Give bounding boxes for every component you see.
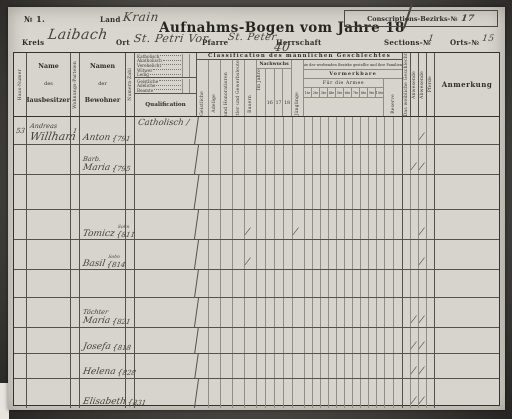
cell-inhabitant: BasilSohn814 (80, 240, 126, 269)
cell-class (209, 379, 221, 408)
cell-nachwuchs-age (284, 270, 293, 297)
table-row: Elisabeth831// (14, 379, 499, 408)
cell-parties (71, 175, 80, 209)
cell-reserve (385, 240, 394, 269)
cell-nachwuchs-age (275, 379, 284, 408)
cell-horses (427, 210, 435, 239)
table-header: Haus-Numer Name des Hausbesitzers Wohnun… (14, 53, 499, 117)
cell-nachwuchs-age (275, 210, 284, 239)
cell-class (233, 210, 245, 239)
class-col-farmers: Bauern (245, 60, 257, 116)
cell-army-age (377, 270, 385, 297)
cell-youths (293, 145, 305, 174)
inhabitant-name: Helena828 (82, 367, 124, 377)
cell-nachwuchs-age (266, 117, 275, 144)
cell-reserve (385, 298, 394, 327)
cell-horses (427, 117, 435, 144)
cell-female (403, 117, 411, 144)
cell-nachwuchs-age (284, 145, 293, 174)
inhabitant-group-label: Töchter (82, 308, 123, 316)
cell-nachwuchs-side (257, 328, 266, 353)
cell-religion (133, 328, 199, 353)
cell-class (209, 298, 221, 327)
cell-army-age (321, 328, 329, 353)
tally-tick: / (419, 227, 425, 237)
cell-inhabitant: Anton791 (80, 117, 126, 144)
cell-army-age (313, 240, 321, 269)
house-number-value: 53 (15, 127, 25, 135)
cell-army-age (361, 210, 369, 239)
cell-army-age (361, 328, 369, 353)
cell-youths (293, 240, 305, 269)
religion-value: Catholisch / (133, 117, 199, 144)
cell-army-age (305, 240, 313, 269)
cell-class (221, 210, 233, 239)
cell-class (209, 175, 221, 209)
tally-tick: / (293, 227, 299, 237)
cell-nachwuchs-age (275, 175, 284, 209)
cell-army-age (353, 354, 361, 378)
cell-absent: / (419, 117, 427, 144)
cell-army-age (353, 175, 361, 209)
class-col-nobility: Adelige (209, 60, 221, 116)
cell-inhabitant: TöchterMaria821 (80, 298, 126, 327)
cell-army-age (337, 240, 345, 269)
cell-nachwuchs-side (257, 379, 266, 408)
cell-class (197, 210, 209, 239)
cell-army-age (329, 270, 337, 297)
cell-reserve (394, 117, 403, 144)
cell-owner (27, 175, 71, 209)
cell-reserve (385, 117, 394, 144)
army-age-cols: 1te2te3te4te5te6te7te8te9te10te (304, 88, 383, 98)
table-row: 53AndreasWillham1Anton791Catholisch // (14, 117, 499, 145)
tally-tick: / (419, 162, 425, 172)
cell-horses (427, 270, 435, 297)
cell-female (403, 145, 411, 174)
tally-tick: / (411, 162, 417, 172)
cell-class (221, 175, 233, 209)
cell-army-age (377, 379, 385, 408)
cell-army-age (313, 117, 321, 144)
cell-army-age (313, 145, 321, 174)
cell-army-age (329, 240, 337, 269)
cell-army-age (313, 379, 321, 408)
cell-house-number (14, 379, 27, 408)
cell-present: / (411, 145, 419, 174)
cell-nachwuchs-age (284, 175, 293, 209)
cell-class (209, 117, 221, 144)
cell-army-age (329, 175, 337, 209)
cell-class (233, 145, 245, 174)
cell-nachwuchs-side (257, 240, 266, 269)
cell-inhabitant: Josefa818 (80, 328, 126, 353)
cell-army-age (369, 210, 377, 239)
cell-class (233, 270, 245, 297)
cell-army-age (313, 354, 321, 378)
cell-army-age (313, 298, 321, 327)
tally-tick: / (411, 315, 417, 325)
cell-army-age (361, 145, 369, 174)
cell-class (209, 354, 221, 378)
cell-nachwuchs-side (257, 298, 266, 327)
cell-female (403, 240, 411, 269)
cell-nachwuchs-side (257, 210, 266, 239)
cell-class (221, 328, 233, 353)
tally-tick: / (419, 132, 425, 142)
cell-horses (427, 328, 435, 353)
cell-army-age (353, 270, 361, 297)
tally-tick: / (419, 315, 425, 325)
cell-army-age (329, 328, 337, 353)
cell-class (233, 298, 245, 327)
cell-house-number (14, 298, 27, 327)
cell-nachwuchs-side (257, 117, 266, 144)
cell-army-age (305, 298, 313, 327)
cell-army-age (353, 145, 361, 174)
cell-horses (427, 240, 435, 269)
cell-parties (71, 270, 80, 297)
reserve-col: Für die Reserve (384, 79, 402, 116)
cell-nachwuchs-side (257, 145, 266, 174)
cell-army-age (329, 298, 337, 327)
col-present-header: Anwesende (411, 53, 419, 116)
cell-army-age (329, 210, 337, 239)
land-value: Krain (122, 10, 160, 24)
cell-class (245, 145, 257, 174)
cell-remark (435, 270, 499, 297)
inhabitant-name: Maria795 (82, 163, 124, 173)
cell-reserve (394, 210, 403, 239)
tally-tick: / (419, 257, 425, 267)
cell-absent (419, 175, 427, 209)
cell-nachwuchs-age (284, 379, 293, 408)
cell-remark (435, 117, 499, 144)
cell-reserve (385, 328, 394, 353)
cell-absent: / (419, 354, 427, 378)
cell-class (221, 270, 233, 297)
cell-reserve (394, 379, 403, 408)
cell-class (197, 354, 209, 378)
cell-class: / (245, 240, 257, 269)
cell-religion (133, 298, 199, 327)
cell-class (233, 175, 245, 209)
orts-value: 15 (481, 34, 495, 44)
cell-absent: / (419, 328, 427, 353)
cell-army-age (337, 145, 345, 174)
cell-army-age (305, 270, 313, 297)
cell-nachwuchs-age (266, 354, 275, 378)
pfarre-label: Pfarre (202, 38, 228, 47)
cell-army-age (313, 210, 321, 239)
cell-reserve (394, 145, 403, 174)
cell-army-age (321, 270, 329, 297)
cell-present (411, 270, 419, 297)
cell-nachwuchs-age (275, 145, 284, 174)
cell-army-age (377, 328, 385, 353)
cell-reserve (385, 354, 394, 378)
cell-army-age (361, 117, 369, 144)
cell-class (209, 270, 221, 297)
cell-class (233, 328, 245, 353)
cell-class (209, 240, 221, 269)
cell-army-age (305, 379, 313, 408)
cell-owner: AndreasWillham (27, 117, 71, 144)
tally-tick: / (245, 227, 251, 237)
cell-remark (435, 354, 499, 378)
col-horses-header: Pferde (427, 53, 435, 116)
cell-class (245, 175, 257, 209)
cell-nachwuchs-age (266, 175, 275, 209)
table-row (14, 270, 499, 298)
cell-horses (427, 298, 435, 327)
cell-parties (71, 240, 80, 269)
cell-class (221, 240, 233, 269)
cell-class (197, 270, 209, 297)
inhabitant-group-label: Barb. (82, 155, 123, 163)
tally-tick: / (419, 341, 425, 351)
cell-army-age (345, 145, 353, 174)
cell-army-age (313, 270, 321, 297)
orts-label: Orts-№ (450, 38, 479, 47)
cell-army-age (313, 328, 321, 353)
cell-youths: / (293, 210, 305, 239)
cell-army-age (377, 240, 385, 269)
tally-tick: / (411, 341, 417, 351)
cell-army-age (369, 117, 377, 144)
cell-house-number (14, 240, 27, 269)
cell-house-number (14, 175, 27, 209)
cell-nachwuchs-age (266, 240, 275, 269)
cell-absent (419, 270, 427, 297)
cell-nachwuchs-age (275, 298, 284, 327)
tally-tick: / (411, 396, 417, 406)
owner-first-name: Andreas (29, 122, 68, 130)
cell-nachwuchs-side (257, 175, 266, 209)
col-female-header: Das weibliche Geschlecht (403, 53, 411, 116)
cell-army-age (305, 210, 313, 239)
summe-table: Geistliche Adeliche Beamte (135, 78, 196, 94)
cell-inhabitant: Barb.Maria795 (80, 145, 126, 174)
cell-inhabitant (80, 175, 126, 209)
table-row: BasilSohn814// (14, 240, 499, 270)
cell-female (403, 379, 411, 408)
cell-nachwuchs-age (266, 298, 275, 327)
cell-class (245, 298, 257, 327)
sections-value: 1 (427, 34, 435, 44)
cell-class (233, 354, 245, 378)
cell-nachwuchs-age (284, 328, 293, 353)
cell-inhabitant (80, 270, 126, 297)
class-col-officials: Beamte und Honoratioren (221, 60, 233, 116)
cell-youths (293, 298, 305, 327)
cell-female (403, 270, 411, 297)
cell-horses (427, 145, 435, 174)
classification-header: Classification des männlichen Geschlecht… (197, 53, 403, 116)
cell-army-age (353, 117, 361, 144)
table-row (14, 175, 499, 210)
cell-army-age (345, 354, 353, 378)
cell-absent: / (419, 240, 427, 269)
cell-nachwuchs-age (266, 270, 275, 297)
nachwuchs-block: Nachwuchs Im Jahre 16 17 18 Jahre (257, 60, 292, 116)
cell-parties (71, 354, 80, 378)
parties-count: 1 (72, 127, 77, 135)
cell-inhabitant: Elisabeth831 (80, 379, 126, 408)
cell-owner (27, 240, 71, 269)
cell-army-age (345, 298, 353, 327)
cell-class (221, 379, 233, 408)
cell-reserve (394, 175, 403, 209)
cell-army-age (321, 145, 329, 174)
col-inhabitants-header: Namen der Bewohner (80, 53, 126, 116)
cell-army-age (321, 298, 329, 327)
tally-tick: / (411, 366, 417, 376)
inhabitant-name: BasilSohn814 (82, 256, 124, 269)
cell-class (197, 117, 209, 144)
religion-table: Katholisch Akatholisch Verehelicht Witwe… (135, 53, 196, 78)
cell-army-age (353, 210, 361, 239)
birth-year: 814 (106, 260, 126, 268)
form-number: № 1. (24, 14, 45, 24)
kreis-label: Kreis (22, 38, 44, 47)
cell-army-age (361, 175, 369, 209)
cell-parties (71, 298, 80, 327)
cell-religion (133, 240, 199, 269)
cell-army-age (313, 175, 321, 209)
cell-remark (435, 298, 499, 327)
cell-army-age (377, 210, 385, 239)
col-number-count-header: Numern-Zahl (126, 53, 135, 116)
cell-nachwuchs-age (284, 240, 293, 269)
cell-class (209, 210, 221, 239)
cell-army-age (369, 354, 377, 378)
cell-nachwuchs-age (275, 117, 284, 144)
cell-army-age (321, 379, 329, 408)
cell-class: / (245, 210, 257, 239)
cell-present: / (411, 354, 419, 378)
cell-army-age (369, 328, 377, 353)
cell-army-age (369, 298, 377, 327)
cell-army-age (329, 379, 337, 408)
cell-horses (427, 379, 435, 408)
cell-horses (427, 354, 435, 378)
cell-army-age (337, 379, 345, 408)
cell-class (221, 354, 233, 378)
cell-army-age (337, 354, 345, 378)
cell-owner (27, 298, 71, 327)
table-row: Josefa818// (14, 328, 499, 354)
cell-owner (27, 270, 71, 297)
cell-remark (435, 379, 499, 408)
cell-religion (133, 210, 199, 239)
cell-present (411, 117, 419, 144)
cell-class (197, 379, 209, 408)
cell-female (403, 298, 411, 327)
cell-class (233, 117, 245, 144)
cell-nachwuchs-age (284, 354, 293, 378)
cell-army-age (337, 117, 345, 144)
cell-parties (71, 145, 80, 174)
inhabitant-name: Elisabeth831 (82, 397, 124, 407)
cell-nachwuchs-age (266, 328, 275, 353)
cell-army-age (329, 145, 337, 174)
pfarre-value: St. Peter (227, 32, 277, 43)
cell-class (221, 117, 233, 144)
cell-reserve (394, 270, 403, 297)
conscription-district-value: 17 (461, 14, 476, 24)
tally-tick: / (245, 257, 251, 267)
cell-owner (27, 210, 71, 239)
cell-nachwuchs-age (266, 379, 275, 408)
cell-nachwuchs-age (275, 354, 284, 378)
cell-youths (293, 270, 305, 297)
cell-army-age (369, 379, 377, 408)
cell-religion (133, 175, 200, 209)
cell-army-age (337, 298, 345, 327)
cell-absent: / (419, 145, 427, 174)
cell-house-number (14, 328, 27, 353)
cell-class (221, 298, 233, 327)
cell-army-age (345, 210, 353, 239)
cell-class (197, 240, 209, 269)
cell-house-number (14, 210, 27, 239)
cell-present: / (411, 379, 419, 408)
cell-army-age (337, 210, 345, 239)
cell-army-age (361, 379, 369, 408)
cell-nachwuchs-age (266, 210, 275, 239)
table-row: TomiczSohn811/// (14, 210, 499, 240)
col-remark-header: Anmerkung (435, 53, 499, 116)
cell-reserve (394, 354, 403, 378)
land-label: Land (100, 15, 121, 24)
cell-army-age (377, 145, 385, 174)
cell-army-age (321, 175, 329, 209)
conscription-district-box: Conscriptions-Bezirks-№ 17 (344, 10, 498, 27)
army-block: In Linie der werbenden Bezirke gestellte… (304, 60, 402, 116)
cell-army-age (329, 354, 337, 378)
cell-female (403, 175, 411, 209)
cell-nachwuchs-age (275, 328, 284, 353)
table-body: 53AndreasWillham1Anton791Catholisch //Ba… (14, 117, 499, 408)
cell-remark (435, 240, 499, 269)
cell-class (197, 328, 209, 353)
cell-army-age (361, 270, 369, 297)
cell-army-age (321, 117, 329, 144)
cell-remark (435, 175, 499, 209)
cell-army-age (305, 175, 313, 209)
cell-parties: 1 (71, 117, 80, 144)
cell-army-age (329, 117, 337, 144)
cell-reserve (385, 379, 394, 408)
cell-nachwuchs-age (275, 240, 284, 269)
cell-army-age (321, 240, 329, 269)
cell-army-age (369, 240, 377, 269)
cell-nachwuchs-age (284, 210, 293, 239)
cell-parties (71, 328, 80, 353)
cell-army-age (361, 298, 369, 327)
cell-class (233, 240, 245, 269)
cell-army-age (377, 175, 385, 209)
cell-army-age (345, 328, 353, 353)
religion-qualification-header: Katholisch Akatholisch Verehelicht Witwe… (135, 53, 197, 116)
cell-reserve (394, 298, 403, 327)
classification-title: Classification des männlichen Geschlecht… (197, 53, 402, 60)
cell-reserve (394, 240, 403, 269)
cell-religion (133, 145, 199, 174)
cell-nachwuchs-age (266, 145, 275, 174)
cell-youths (293, 379, 305, 408)
